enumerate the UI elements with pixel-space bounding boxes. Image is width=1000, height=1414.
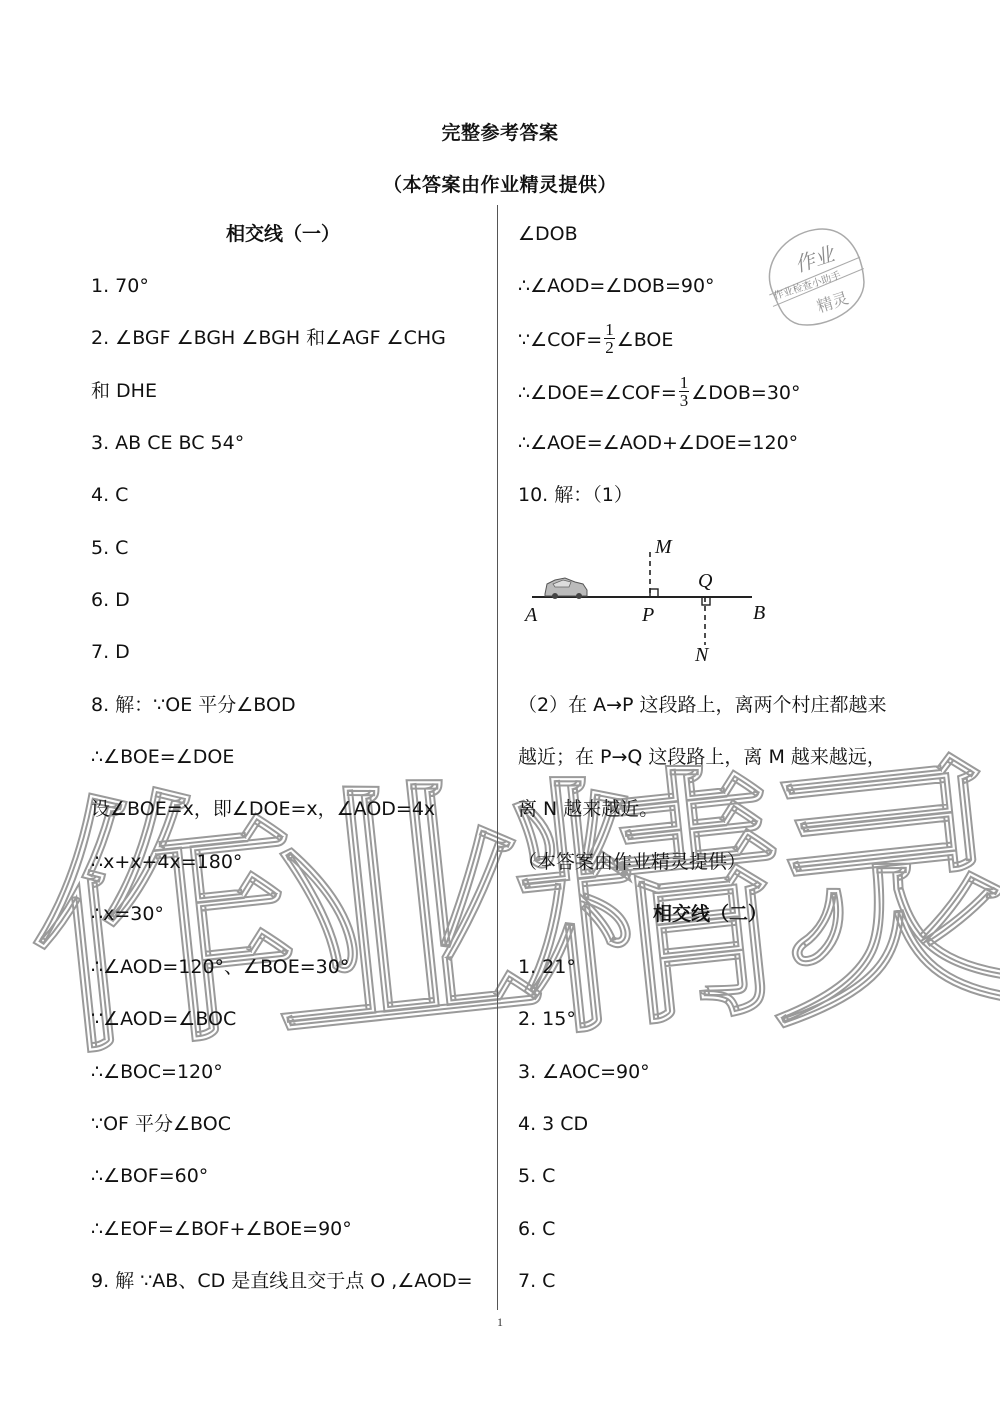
equation-suffix: ∠BOE — [617, 329, 674, 351]
road-diagram-svg — [515, 530, 785, 670]
fraction-numerator: 1 — [679, 374, 690, 392]
answer-line: 7. D — [91, 639, 130, 665]
answer-line: 离 N 越来越近。 — [518, 796, 658, 822]
credit-line: （本答案由作业精灵提供） — [518, 849, 746, 875]
answer-line: ∠DOB — [518, 221, 578, 247]
answer-line: 4. 3 CD — [518, 1111, 588, 1137]
answer-line: 和 DHE — [91, 378, 157, 404]
answer-line: 5. C — [91, 535, 128, 561]
page-subtitle: （本答案由作业精灵提供） — [0, 170, 1000, 197]
section-title-2: 相交线（二） — [653, 901, 767, 927]
fraction-one-half: 12 — [604, 321, 615, 356]
answer-line: 8. 解：∵OE 平分∠BOD — [91, 692, 296, 718]
answer-line: 越近；在 P→Q 这段路上，离 M 越来越远， — [518, 744, 886, 770]
equation-prefix: ∴∠DOE=∠COF= — [518, 382, 677, 404]
answer-line: （2）在 A→P 这段路上，离两个村庄都越来 — [518, 692, 887, 718]
equation-suffix: ∠DOB=30° — [691, 382, 800, 404]
column-divider — [497, 205, 498, 1310]
answer-line: ∴∠EOF=∠BOF+∠BOE=90° — [91, 1216, 352, 1242]
car-icon — [545, 578, 587, 599]
watermark-char-4: 灵 — [747, 747, 1000, 1044]
right-angle-mark-q — [702, 597, 710, 605]
answer-line: ∴∠AOD=120°、∠BOE=30° — [91, 954, 349, 980]
answer-line: 9. 解 ∵AB、CD 是直线且交于点 O ,∠AOD= — [91, 1268, 473, 1294]
answer-line: ∴∠AOD=∠DOB=90° — [518, 273, 715, 299]
equation-prefix: ∵∠COF= — [518, 329, 602, 351]
point-label-a: A — [525, 602, 537, 628]
answer-line: 7. C — [518, 1268, 555, 1294]
fraction-one-third: 13 — [679, 374, 690, 409]
point-label-b: B — [753, 600, 765, 626]
answer-line: ∴∠AOE=∠AOD+∠DOE=120° — [518, 430, 798, 456]
answer-line: ∴x+x+4x=180° — [91, 849, 242, 875]
fraction-denominator: 2 — [604, 339, 615, 356]
answer-line: ∴∠BOE=∠DOE — [91, 744, 234, 770]
answer-line: 1. 21° — [518, 954, 576, 980]
page-number: 1 — [0, 1315, 1000, 1330]
answer-line: 5. C — [518, 1163, 555, 1189]
road-diagram: A P Q B M N — [515, 530, 785, 670]
fraction-denominator: 3 — [679, 392, 690, 409]
answer-line: 4. C — [91, 482, 128, 508]
answer-line: ∵∠AOD=∠BOC — [91, 1006, 236, 1032]
answer-line: 6. C — [518, 1216, 555, 1242]
answer-line: 2. 15° — [518, 1006, 576, 1032]
cof-equation: ∵∠COF=12∠BOE — [518, 323, 673, 358]
doe-equation: ∴∠DOE=∠COF=13∠DOB=30° — [518, 376, 801, 411]
answer-page: 作 业 精 灵 完整参考答案 （本答案由作业精灵提供） 相交线（一） 1. 70… — [0, 0, 1000, 1414]
answer-line: ∵OF 平分∠BOC — [91, 1111, 231, 1137]
fraction-numerator: 1 — [604, 321, 615, 339]
section-title-1: 相交线（一） — [226, 221, 340, 247]
answer-line: 1. 70° — [91, 273, 149, 299]
answer-line: 2. ∠BGF ∠BGH ∠BGH 和∠AGF ∠CHG — [91, 325, 446, 351]
homework-helper-stamp: 作业 作业检查小助手 精灵 — [746, 208, 885, 347]
point-label-n: N — [695, 642, 708, 668]
answer-line: ∴∠BOF=60° — [91, 1163, 208, 1189]
point-label-q: Q — [698, 568, 712, 594]
point-label-p: P — [642, 602, 654, 628]
page-title: 完整参考答案 — [0, 118, 1000, 145]
answer-line: ∴x=30° — [91, 901, 164, 927]
answer-line: 3. ∠AOC=90° — [518, 1059, 650, 1085]
right-angle-mark-p — [650, 589, 658, 597]
answer-line: 6. D — [91, 587, 130, 613]
question-10-label: 10. 解：（1） — [518, 482, 633, 508]
answer-line: 设∠BOE=x，即∠DOE=x，∠AOD=4x — [91, 796, 435, 822]
point-label-m: M — [655, 534, 672, 560]
answer-line: ∴∠BOC=120° — [91, 1059, 223, 1085]
answer-line: 3. AB CE BC 54° — [91, 430, 244, 456]
